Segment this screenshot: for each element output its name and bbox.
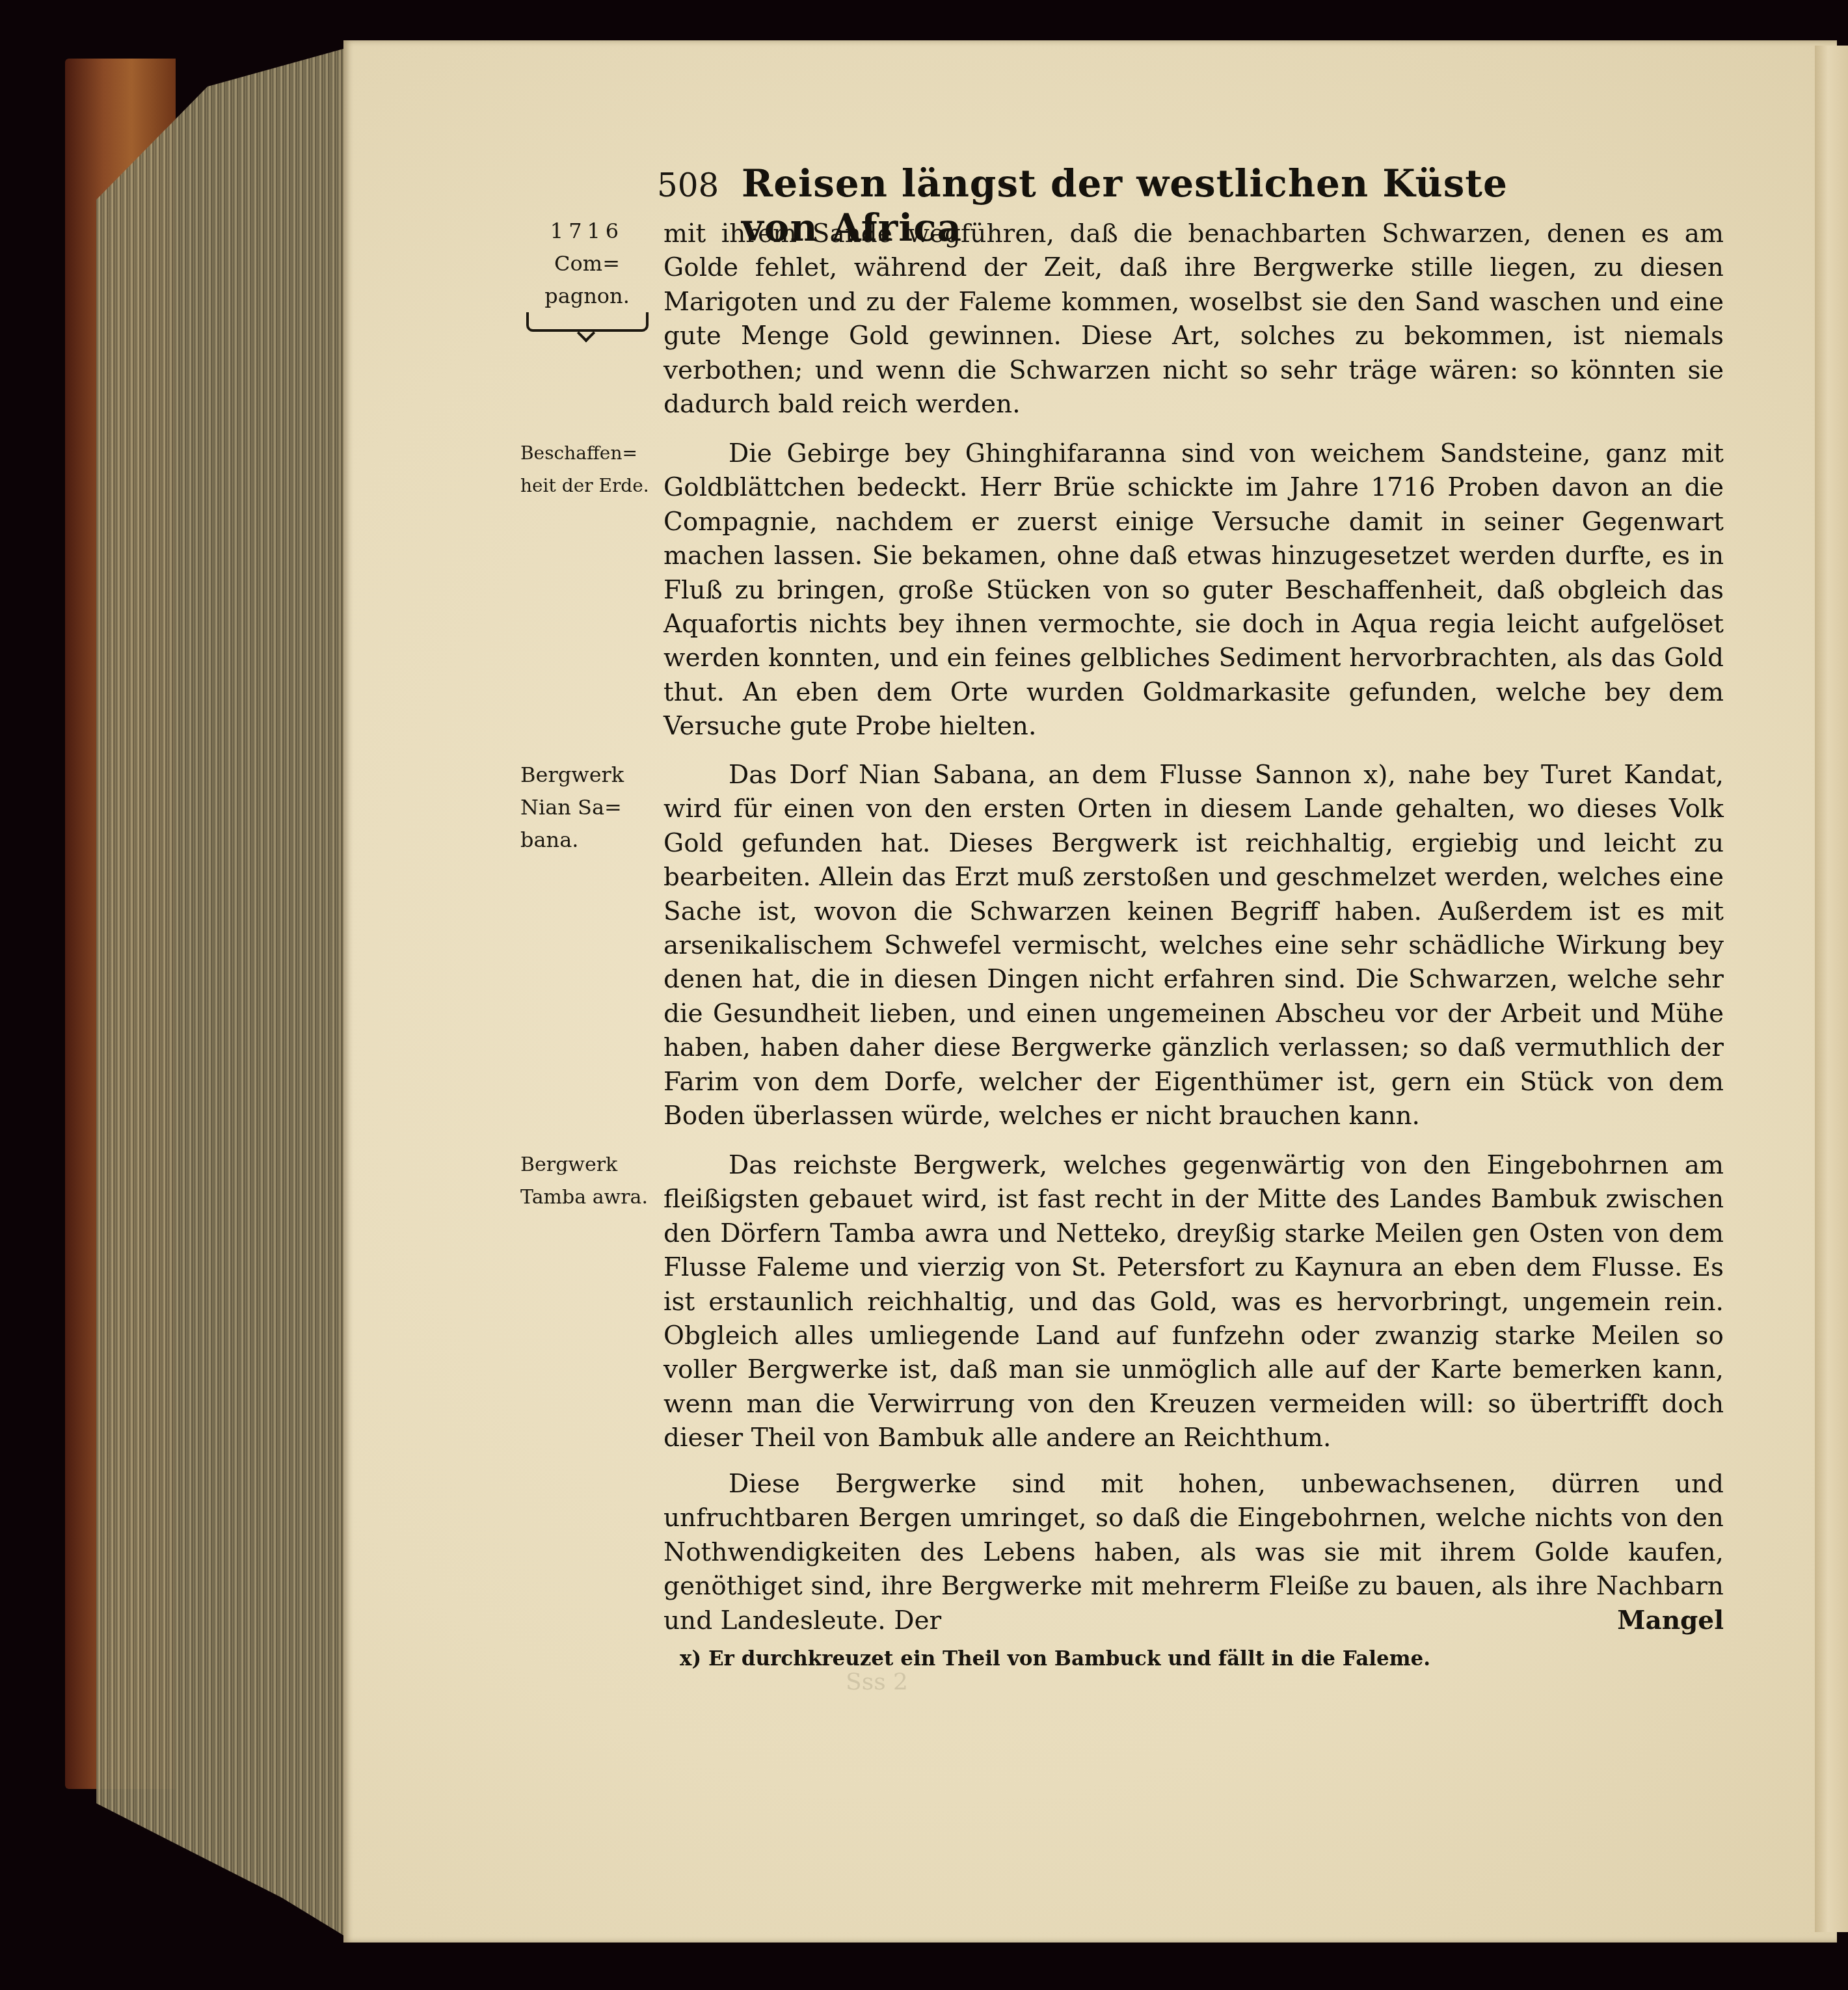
paragraph-text: mit ihrem Sande wegführen, daß die benac… (663, 217, 1724, 422)
margin-note-line: heit der Erde. (520, 470, 654, 502)
paragraph-bergwerke-hills: Diese Bergwerke sind mit hohen, unbewach… (663, 1468, 1724, 1638)
paragraph-ghinghifaranna: Die Gebirge bey Ghinghifaranna sind von … (663, 437, 1724, 744)
margin-note-line: 1716 (520, 215, 654, 247)
signature-show-through: Sss 2 (846, 1669, 908, 1695)
margin-note-line: Bergwerk (520, 759, 654, 791)
margin-note-line: bana. (520, 824, 654, 856)
margin-note-line: Bergwerk (520, 1149, 654, 1181)
margin-note-beschaffenheit: Beschaffen= heit der Erde. (520, 437, 654, 502)
footnote-text: Er durchkreuzet ein Theil von Bambuck un… (708, 1647, 1430, 1671)
page-edges-stack (96, 49, 343, 1935)
margin-note-line: Com= (520, 247, 654, 280)
curly-brace-icon (526, 312, 649, 332)
paragraph-nian-sabana: Das Dorf Nian Sabana, an dem Flusse Sann… (663, 759, 1724, 1133)
paragraph-text: Diese Bergwerke sind mit hohen, unbewach… (663, 1468, 1724, 1638)
paragraph-gold-sand: mit ihrem Sande wegführen, daß die benac… (663, 217, 1724, 422)
paragraph-text: Das Dorf Nian Sabana, an dem Flusse Sann… (663, 759, 1724, 1133)
margin-note-nian-sabana: Bergwerk Nian Sa= bana. (520, 759, 654, 856)
footnote: x) Er durchkreuzet ein Theil von Bambuck… (680, 1647, 1590, 1671)
margin-note-line: Tamba awra. (520, 1181, 654, 1214)
margin-note-line: pagnon. (520, 280, 654, 312)
page-number: 508 (657, 167, 742, 204)
paragraph-text: Die Gebirge bey Ghinghifaranna sind von … (663, 437, 1724, 744)
footnote-marker: x) (680, 1647, 701, 1671)
catchword: Mangel (1613, 1606, 1724, 1635)
margin-note-year: 1716 Com= pagnon. (520, 215, 654, 332)
page-header: 508 Reisen längst der westlichen Küste v… (657, 161, 1555, 213)
facing-page-gutter (1815, 46, 1848, 1932)
margin-note-line: Beschaffen= (520, 437, 654, 470)
margin-note-tamba-awra: Bergwerk Tamba awra. (520, 1149, 654, 1214)
paragraph-text: Das reichste Bergwerk, welches gegenwärt… (663, 1149, 1724, 1456)
paragraph-tamba-awra: Das reichste Bergwerk, welches gegenwärt… (663, 1149, 1724, 1456)
margin-note-line: Nian Sa= (520, 791, 654, 824)
